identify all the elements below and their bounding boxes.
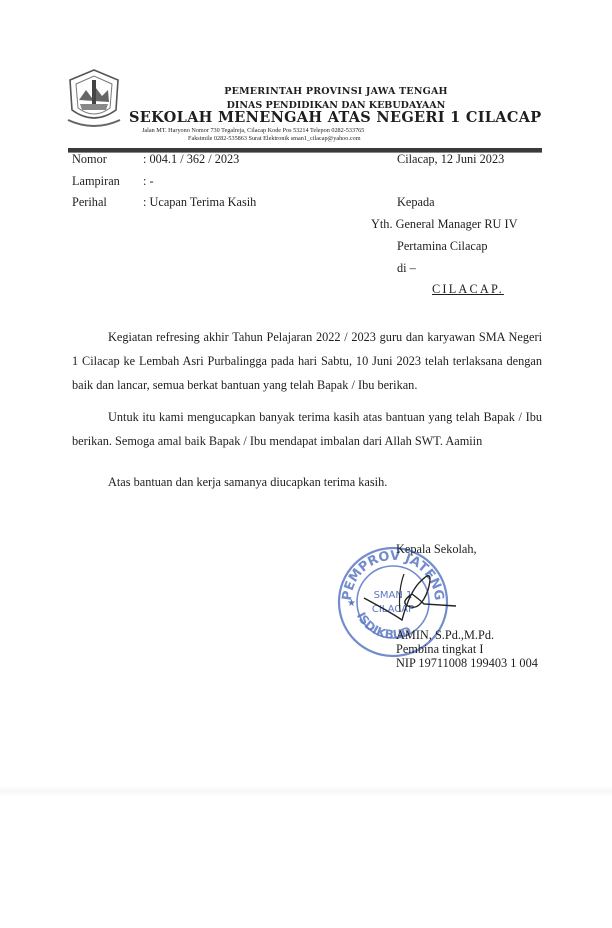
lampiran-value: : - — [143, 174, 154, 189]
recipient-kepada: Kepada — [397, 195, 435, 210]
signer-rank: Pembina tingkat I — [396, 642, 483, 657]
body-paragraph-1: Kegiatan refresing akhir Tahun Pelajaran… — [72, 325, 542, 397]
recipient-company: Pertamina Cilacap — [397, 239, 488, 254]
nomor-label: Nomor — [72, 152, 107, 167]
signer-nip: NIP 19711008 199403 1 004 — [396, 656, 538, 671]
letterhead-address: Jalan MT. Haryono Nomor 730 Tegalreja, C… — [142, 127, 364, 134]
letterhead-school-name: SEKOLAH MENENGAH ATAS NEGERI 1 CILACAP — [129, 109, 541, 126]
recipient-city: CILACAP. — [432, 282, 504, 297]
svg-text:★: ★ — [347, 598, 356, 609]
signer-name: AMIN, S.Pd.,M.Pd. — [396, 628, 494, 643]
signature-title: Kepala Sekolah, — [396, 542, 477, 557]
letterhead-government: PEMERINTAH PROVINSI JAWA TENGAH — [0, 86, 612, 97]
place-date: Cilacap, 12 Juni 2023 — [397, 152, 504, 167]
lampiran-label: Lampiran — [72, 174, 120, 189]
handwritten-signature-icon — [360, 560, 460, 630]
body-paragraph-3: Atas bantuan dan kerja samanya diucapkan… — [72, 470, 542, 494]
perihal-value: : Ucapan Terima Kasih — [143, 195, 256, 210]
recipient-di: di – — [397, 261, 416, 276]
nomor-value: : 004.1 / 362 / 2023 — [143, 152, 239, 167]
scan-artifact — [0, 786, 612, 796]
recipient-yth: Yth. General Manager RU IV — [371, 217, 518, 232]
body-paragraph-2: Untuk itu kami mengucapkan banyak terima… — [72, 405, 542, 453]
perihal-label: Perihal — [72, 195, 107, 210]
letterhead-contact: Faksimile 0282-535863 Surat Elektronik s… — [188, 135, 361, 142]
